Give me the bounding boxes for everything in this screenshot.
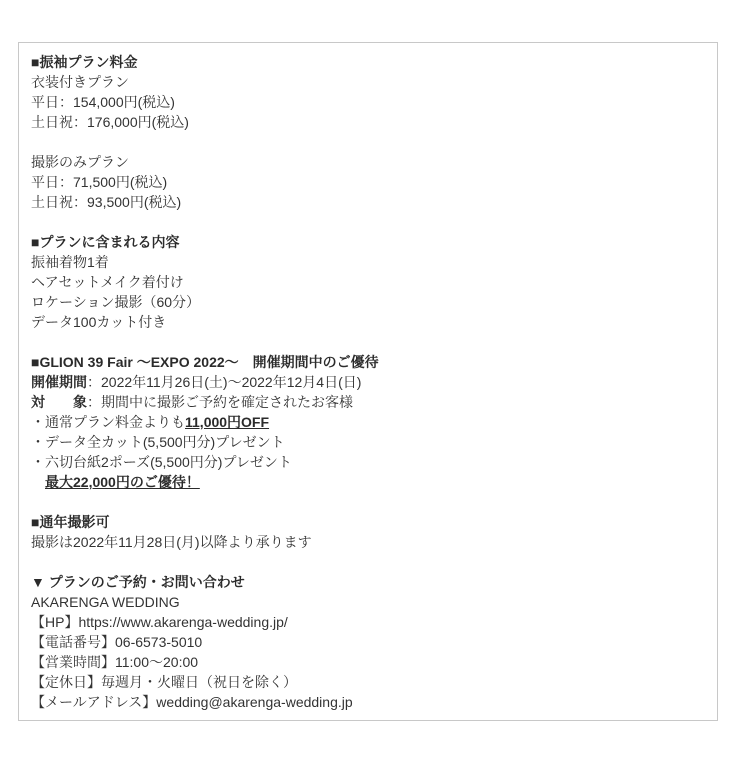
text-line: ■GLION 39 Fair ～EXPO 2022～ 開催期間中のご優待	[31, 352, 705, 372]
body-text: 【営業時間】11:00～20:00	[31, 654, 198, 670]
text-line: 【定休日】毎週月・火曜日（祝日を除く）	[31, 672, 705, 692]
text-line: 【メールアドレス】wedding@akarenga-wedding.jp	[31, 692, 705, 712]
text-line: 平日：154,000円(税込)	[31, 92, 705, 112]
heading-text: 開催期間	[31, 374, 87, 390]
body-text: ・データ全カット(5,500円分)プレゼント	[31, 434, 285, 450]
heading-text: ▼ プランのご予約・お問い合わせ	[31, 574, 245, 590]
text-line: ロケーション撮影（60分）	[31, 292, 705, 312]
text-line: ・データ全カット(5,500円分)プレゼント	[31, 432, 705, 452]
body-text: ロケーション撮影（60分）	[31, 294, 200, 310]
blank-line	[31, 212, 705, 232]
body-text: ・六切台紙2ポーズ(5,500円分)プレゼント	[31, 454, 292, 470]
body-text: AKARENGA WEDDING	[31, 594, 180, 610]
text-line: 最大22,000円のご優待！	[31, 472, 705, 492]
body-text: ヘアセットメイク着付け	[31, 274, 184, 290]
body-text: ・通常プラン料金よりも	[31, 414, 185, 430]
text-line: ヘアセットメイク着付け	[31, 272, 705, 292]
text-line: 対 象：期間中に撮影ご予約を確定されたお客様	[31, 392, 705, 412]
heading-text: ■プランに含まれる内容	[31, 234, 179, 250]
content-panel: ■振袖プラン料金衣装付きプラン平日：154,000円(税込)土日祝：176,00…	[18, 42, 718, 721]
body-text: 平日：71,500円(税込)	[31, 174, 167, 190]
body-text: 平日：154,000円(税込)	[31, 94, 175, 110]
text-line: 開催期間：2022年11月26日(土)～2022年12月4日(日)	[31, 372, 705, 392]
highlighted-offer-text: 11,000円OFF	[185, 414, 269, 430]
text-line: データ100カット付き	[31, 312, 705, 332]
body-text: 土日祝：93,500円(税込)	[31, 194, 181, 210]
body-text: 【定休日】毎週月・火曜日（祝日を除く）	[31, 674, 297, 690]
blank-line	[31, 492, 705, 512]
text-line: 土日祝：176,000円(税込)	[31, 112, 705, 132]
blank-line	[31, 132, 705, 152]
text-line: 振袖着物1着	[31, 252, 705, 272]
text-line: 【HP】https://www.akarenga-wedding.jp/	[31, 612, 705, 632]
body-text: ：2022年11月26日(土)～2022年12月4日(日)	[87, 374, 361, 390]
heading-text: ■GLION 39 Fair ～EXPO 2022～ 開催期間中のご優待	[31, 354, 379, 370]
body-text: 【HP】https://www.akarenga-wedding.jp/	[31, 614, 288, 630]
heading-text: 対 象	[31, 394, 87, 410]
text-line: ■振袖プラン料金	[31, 52, 705, 72]
blank-line	[31, 332, 705, 352]
text-line: 土日祝：93,500円(税込)	[31, 192, 705, 212]
text-line: 衣装付きプラン	[31, 72, 705, 92]
body-text: 土日祝：176,000円(税込)	[31, 114, 189, 130]
body-text: 【電話番号】06-6573-5010	[31, 634, 202, 650]
blank-line	[31, 552, 705, 572]
text-line: 撮影のみプラン	[31, 152, 705, 172]
body-text: 衣装付きプラン	[31, 74, 129, 90]
text-line: ・六切台紙2ポーズ(5,500円分)プレゼント	[31, 452, 705, 472]
body-text: 撮影は2022年11月28日(月)以降より承ります	[31, 534, 312, 550]
text-line: ▼ プランのご予約・お問い合わせ	[31, 572, 705, 592]
heading-text: ■通年撮影可	[31, 514, 109, 530]
text-line: ■プランに含まれる内容	[31, 232, 705, 252]
body-text: ：期間中に撮影ご予約を確定されたお客様	[87, 394, 353, 410]
heading-text: ■振袖プラン料金	[31, 54, 137, 70]
text-line: 平日：71,500円(税込)	[31, 172, 705, 192]
highlighted-offer-text: 最大22,000円のご優待！	[45, 474, 200, 490]
body-text	[31, 474, 45, 490]
text-line: 【営業時間】11:00～20:00	[31, 652, 705, 672]
text-line: AKARENGA WEDDING	[31, 592, 705, 612]
body-text: データ100カット付き	[31, 314, 166, 330]
text-line: ・通常プラン料金よりも11,000円OFF	[31, 412, 705, 432]
text-line: 撮影は2022年11月28日(月)以降より承ります	[31, 532, 705, 552]
body-text: 【メールアドレス】wedding@akarenga-wedding.jp	[31, 694, 353, 710]
body-text: 撮影のみプラン	[31, 154, 129, 170]
text-line: ■通年撮影可	[31, 512, 705, 532]
text-line: 【電話番号】06-6573-5010	[31, 632, 705, 652]
body-text: 振袖着物1着	[31, 254, 109, 270]
